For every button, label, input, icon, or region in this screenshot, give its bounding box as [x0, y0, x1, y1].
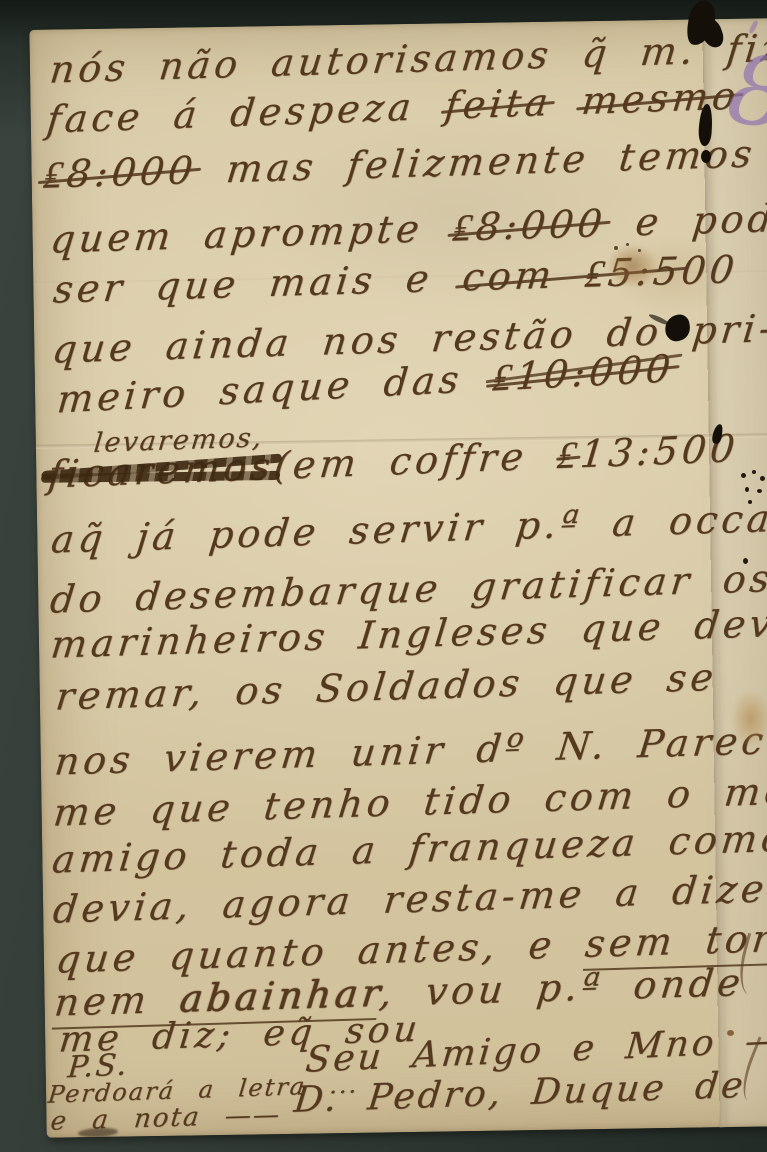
- amount-struck: ₤: [555, 433, 583, 478]
- ink-speck: [626, 243, 629, 246]
- text-segment: remar, os Soldados que se: [53, 655, 719, 719]
- ink-speck: [743, 558, 748, 564]
- amount-struck: ₤8:000: [41, 149, 199, 197]
- ink-speck: [748, 500, 752, 504]
- letter-page: nós não autorisamos q̃ m. fizesse face á…: [29, 18, 767, 1138]
- ink-speck: [760, 476, 765, 481]
- rust-speck: [727, 1030, 734, 1036]
- manuscript-scan: nós não autorisamos q̃ m. fizesse face á…: [0, 0, 767, 1152]
- text-segment-struck: mesmo: [579, 74, 741, 123]
- ink-speck: [741, 473, 746, 478]
- ink-blot: [701, 150, 711, 163]
- manuscript-line-12: remar, os Soldados que se: [53, 656, 719, 719]
- text-segment: ser que mais e: [51, 255, 465, 311]
- manuscript-line-3: ₤8:000 mas felizmente temos: [41, 133, 758, 198]
- text-segment: aq̃ já pode servir p.ª a occasião: [49, 493, 767, 561]
- manuscript-line-9: aq̃ já pode servir p.ª a occasião: [49, 494, 767, 562]
- text-segment: mas felizmente temos: [194, 132, 758, 193]
- amount-struck: ₤8:000: [450, 202, 608, 250]
- ink-speck: [638, 249, 641, 252]
- ink-stain: [606, 244, 658, 288]
- ink-speck: [752, 470, 756, 474]
- text-segment-struck: feita: [442, 81, 553, 128]
- ink-speck: [745, 487, 749, 492]
- age-stain: [731, 690, 767, 748]
- ink-speck: [757, 489, 762, 493]
- amount-struck: ₤10:000: [491, 347, 676, 400]
- text-segment: 00: [679, 247, 740, 293]
- text-segment: quem aprompte: [48, 206, 455, 262]
- text-segment: face á despeza: [45, 84, 448, 142]
- text-segment-scribbled: ficaremos: [46, 445, 276, 497]
- ink-speck: [614, 246, 618, 250]
- text-segment: e pode: [603, 195, 767, 245]
